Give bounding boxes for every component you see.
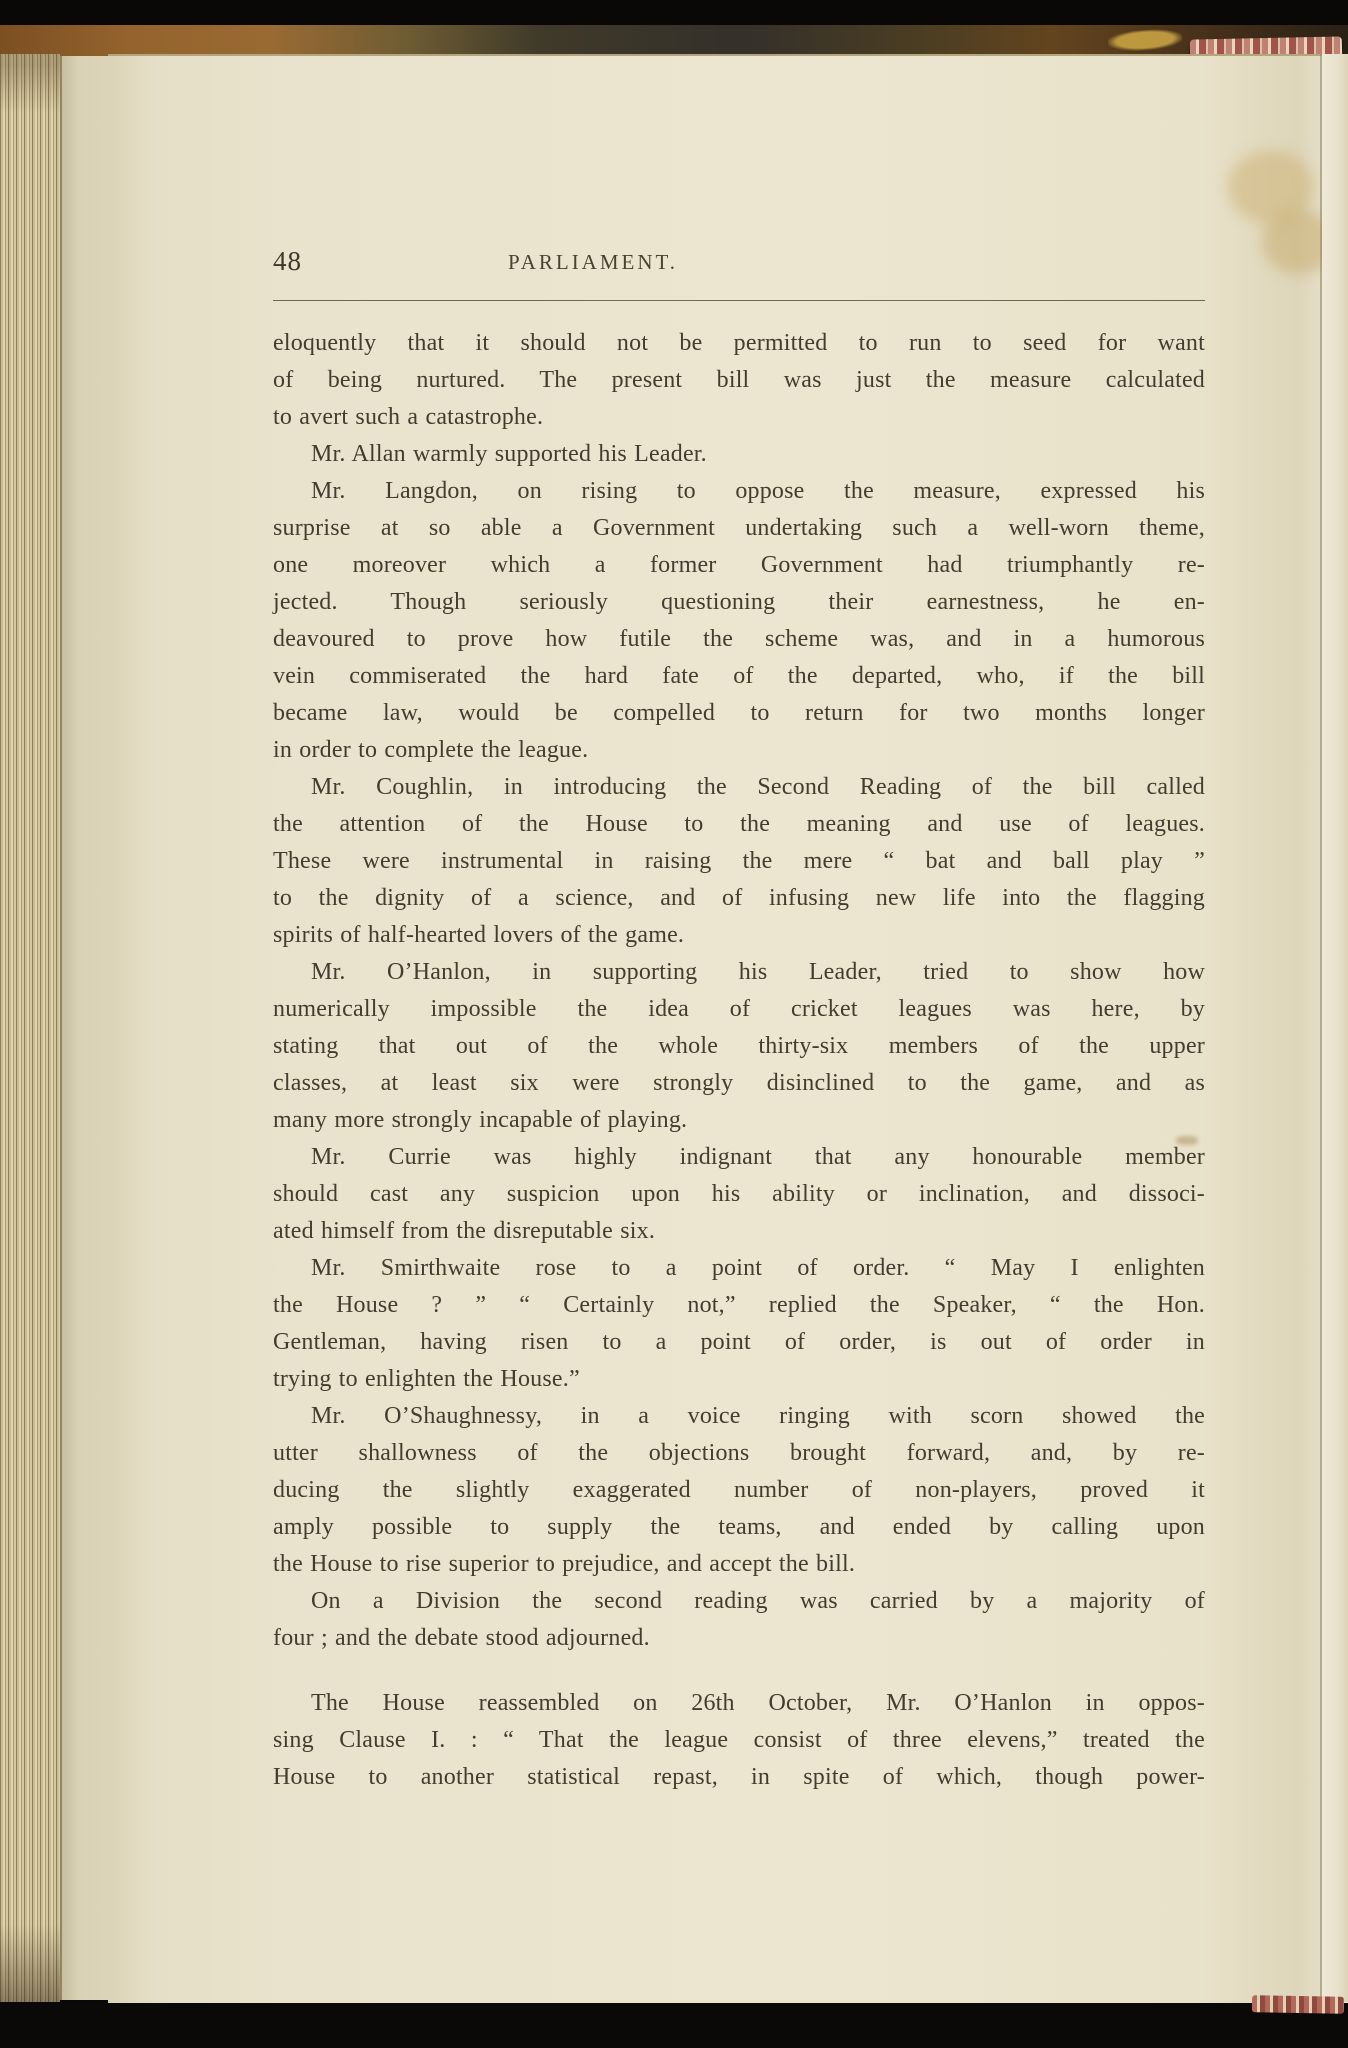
text-line: vein commiserated the hard fate of the d… [273,658,1205,695]
text-line: These were instrumental in raising the m… [273,843,1205,880]
text-line: to avert such a catastrophe. [273,399,1205,436]
text-line: On a Division the second reading was car… [273,1583,1205,1620]
running-header: PARLIAMENT. [273,250,913,275]
text-line: Mr. Currie was highly indignant that any… [273,1139,1205,1176]
page-stack-edges [0,54,60,2002]
text-line: the attention of the House to the meanin… [273,806,1205,843]
text-line: Mr. Allan warmly supported his Leader. [273,436,1205,473]
text-line: to the dignity of a science, and of infu… [273,880,1205,917]
text-line: ducing the slightly exaggerated number o… [273,1472,1205,1509]
book-scan-photo: 48 PARLIAMENT. eloquently that it should… [0,0,1348,2048]
text-line: Mr. Coughlin, in introducing the Second … [273,769,1205,806]
text-line: trying to enlighten the House.” [273,1361,1205,1398]
text-line: stating that out of the whole thirty-six… [273,1028,1205,1065]
text-line: House to another statistical repast, in … [273,1759,1205,1796]
background-bottom [0,2003,1348,2048]
text-line: classes, at least six were strongly disi… [273,1065,1205,1102]
text-line: The House reassembled on 26th October, M… [273,1685,1205,1722]
text-line: four ; and the debate stood adjourned. [273,1620,1205,1657]
text-line: sing Clause I. : “ That the league consi… [273,1722,1205,1759]
text-line: numerically impossible the idea of crick… [273,991,1205,1028]
text-line: Mr. O’Hanlon, in supporting his Leader, … [273,954,1205,991]
header-rule [273,300,1205,301]
text-line: amply possible to supply the teams, and … [273,1509,1205,1546]
spine-tailband [1252,1995,1344,2014]
text-line: the House to rise superior to prejudice,… [273,1546,1205,1583]
background-top [0,0,1348,25]
text-line: should cast any suspicion upon his abili… [273,1176,1205,1213]
text-line: spirits of half-hearted lovers of the ga… [273,917,1205,954]
running-head-row: 48 PARLIAMENT. [273,244,1205,300]
text-line: ated himself from the disreputable six. [273,1213,1205,1250]
body-text-block: eloquently that it should not be permitt… [273,325,1205,1796]
underlying-page-edge [60,56,110,2000]
text-line: the House ? ” “ Certainly not,” replied … [273,1287,1205,1324]
text-line: Mr. Langdon, on rising to oppose the mea… [273,473,1205,510]
text-line: became law, would be compelled to return… [273,695,1205,732]
gutter-page-strip [1322,54,1348,2002]
text-line: of being nurtured. The present bill was … [273,362,1205,399]
text-line: eloquently that it should not be permitt… [273,325,1205,362]
text-line: Mr. O’Shaughnessy, in a voice ringing wi… [273,1398,1205,1435]
text-line: utter shallowness of the objections brou… [273,1435,1205,1472]
text-line: one moreover which a former Government h… [273,547,1205,584]
text-line: many more strongly incapable of playing. [273,1102,1205,1139]
text-line: surprise at so able a Government underta… [273,510,1205,547]
text-line: jected. Though seriously questioning the… [273,584,1205,621]
text-line: in order to complete the league. [273,732,1205,769]
printed-page-content: 48 PARLIAMENT. eloquently that it should… [273,244,1205,1796]
gutter-crease [1320,54,1322,2002]
text-line: deavoured to prove how futile the scheme… [273,621,1205,658]
text-line: Gentleman, having risen to a point of or… [273,1324,1205,1361]
text-line: Mr. Smirthwaite rose to a point of order… [273,1250,1205,1287]
